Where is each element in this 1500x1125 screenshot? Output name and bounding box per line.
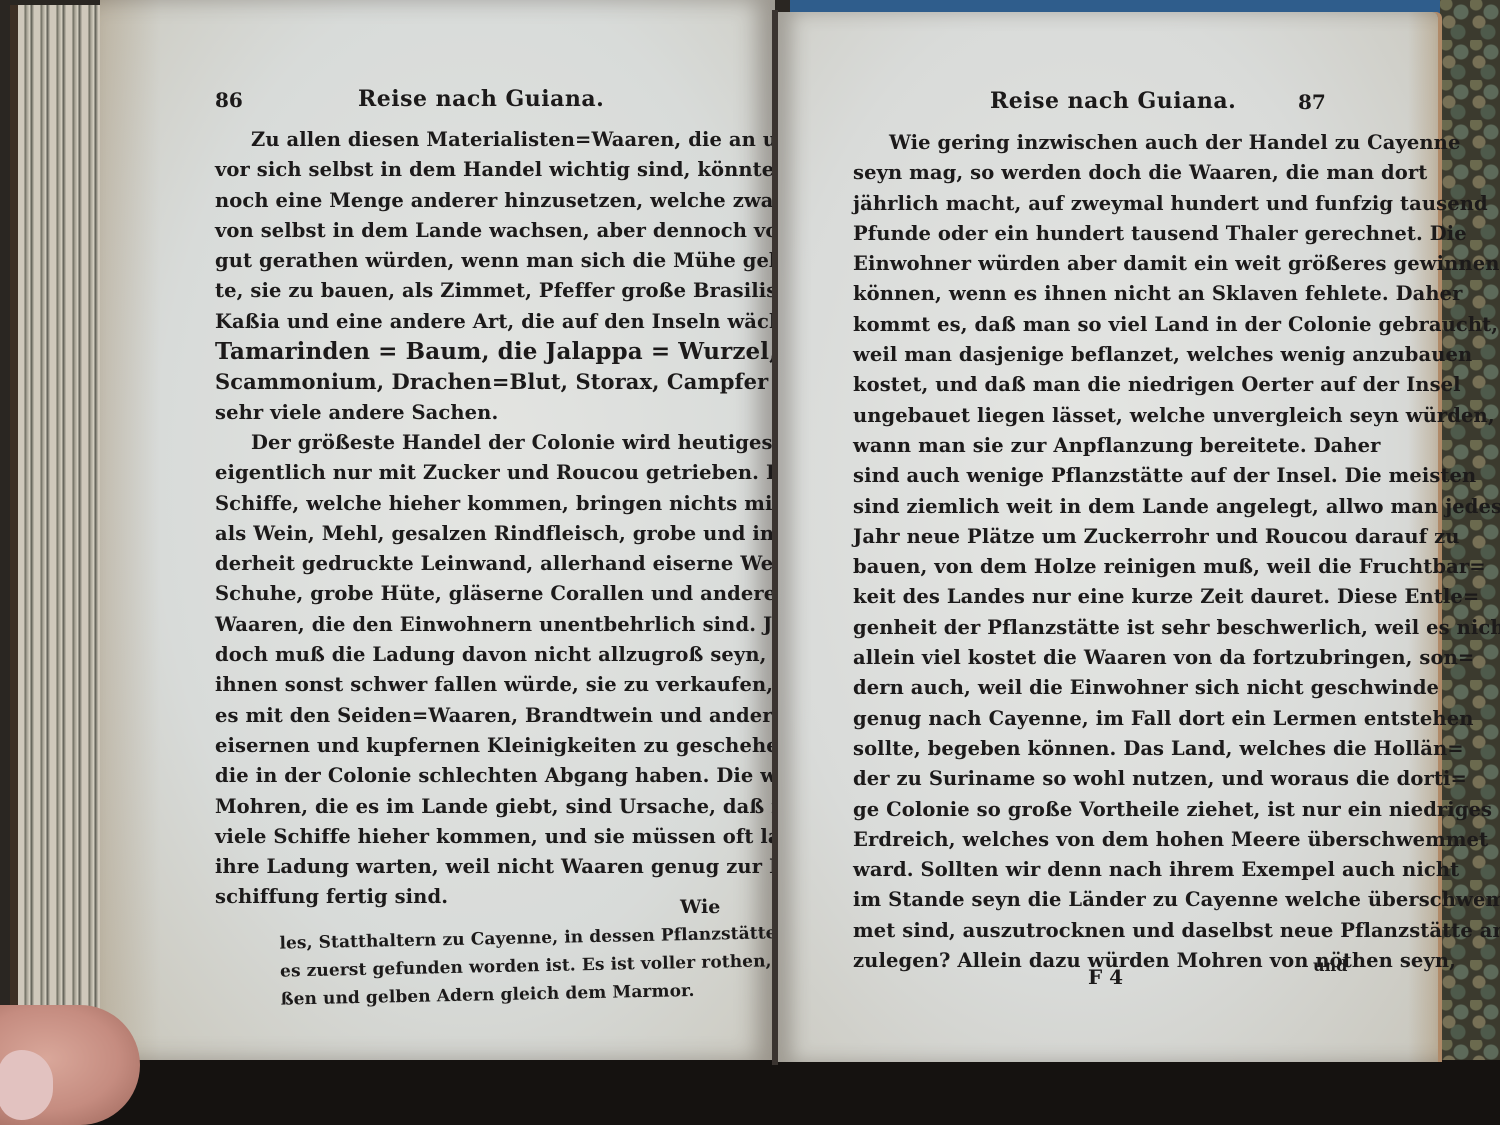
text-line: die in der Colonie schlechten Abgang hab… [215, 761, 715, 791]
text-line: sehr viele andere Sachen. [215, 398, 715, 428]
running-head: Reise nach Guiana. [990, 88, 1236, 114]
text-line: es mit den Seiden=Waaren, Brandtwein und… [215, 701, 715, 731]
text-line: kommt es, daß man so viel Land in der Co… [853, 310, 1341, 340]
text-line: sollte, begeben können. Das Land, welche… [853, 734, 1341, 764]
text-line: Mohren, die es im Lande giebt, sind Ursa… [215, 792, 715, 822]
text-line: dern auch, weil die Einwohner sich nicht… [853, 673, 1341, 703]
catchword: und [1313, 956, 1347, 975]
text-line: genug nach Cayenne, im Fall dort ein Ler… [853, 704, 1341, 734]
text-line: Zu allen diesen Materialisten=Waaren, di… [215, 125, 715, 155]
text-line: sind ziemlich weit in dem Lande angelegt… [853, 492, 1341, 522]
text-line: Jahr neue Plätze um Zuckerrohr und Rouco… [853, 522, 1341, 552]
text-line: Erdreich, welches von dem hohen Meere üb… [853, 825, 1341, 855]
text-line: eisernen und kupfernen Kleinigkeiten zu … [215, 731, 715, 761]
text-line: von selbst in dem Lande wachsen, aber de… [215, 216, 715, 246]
text-line: weil man dasjenige beflanzet, welches we… [853, 340, 1341, 370]
signature-mark: F 4 [1088, 965, 1123, 989]
text-line: Schiffe, welche hieher kommen, bringen n… [215, 489, 715, 519]
text-line: ge Colonie so große Vortheile ziehet, is… [853, 795, 1341, 825]
left-page: 86 Reise nach Guiana. Zu allen diesen Ma… [100, 0, 775, 1060]
text-line: eigentlich nur mit Zucker und Roucou get… [215, 458, 715, 488]
text-line: derheit gedruckte Leinwand, allerhand ei… [215, 549, 715, 579]
text-line: können, wenn es ihnen nicht an Sklaven f… [853, 279, 1341, 309]
body-text: Wie gering inzwischen auch der Handel zu… [853, 128, 1341, 976]
text-line: sind auch wenige Pflanzstätte auf der In… [853, 461, 1341, 491]
text-line: bauen, von dem Holze reinigen muß, weil … [853, 552, 1341, 582]
text-line: genheit der Pflanzstätte ist sehr beschw… [853, 613, 1341, 643]
text-line: allein viel kostet die Waaren von da for… [853, 643, 1341, 673]
page-number: 87 [1298, 90, 1326, 114]
dark-surface [0, 1060, 1500, 1125]
left-page-stack-edges [10, 5, 113, 1025]
footnote: les, Statthaltern zu Cayenne, in dessen … [279, 920, 721, 1013]
body-text: Zu allen diesen Materialisten=Waaren, di… [215, 125, 715, 913]
text-line: Einwohner würden aber damit ein weit grö… [853, 249, 1341, 279]
text-line: vor sich selbst in dem Handel wichtig si… [215, 155, 715, 185]
text-line: ungebauet liegen lässet, welche unvergle… [853, 401, 1341, 431]
catchword: Wie [680, 896, 720, 918]
text-line: seyn mag, so werden doch die Waaren, die… [853, 158, 1341, 188]
text-line: noch eine Menge anderer hinzusetzen, wel… [215, 186, 715, 216]
text-line: Scammonium, Drachen=Blut, Storax, Campfe… [215, 367, 715, 397]
text-line: Schuhe, grobe Hüte, gläserne Corallen un… [215, 579, 715, 609]
right-page: Reise nach Guiana. 87 Wie gering inzwisc… [778, 12, 1438, 1062]
text-line: gut gerathen würden, wenn man sich die M… [215, 246, 715, 276]
thumb [0, 1005, 140, 1125]
text-line: im Stande seyn die Länder zu Cayenne wel… [853, 885, 1341, 915]
text-line: wann man sie zur Anpflanzung bereitete. … [853, 431, 1341, 461]
text-line: ward. Sollten wir denn nach ihrem Exempe… [853, 855, 1341, 885]
text-line: jährlich macht, auf zweymal hundert und … [853, 189, 1341, 219]
text-line: keit des Landes nur eine kurze Zeit daur… [853, 582, 1341, 612]
text-line: schiffung fertig sind. [215, 882, 715, 912]
text-line: viele Schiffe hieher kommen, und sie müs… [215, 822, 715, 852]
text-line: doch muß die Ladung davon nicht allzugro… [215, 640, 715, 670]
text-line: met sind, auszutrocknen und daselbst neu… [853, 916, 1341, 946]
running-head: Reise nach Guiana. [358, 86, 604, 112]
text-line: Pfunde oder ein hundert tausend Thaler g… [853, 219, 1341, 249]
text-line: kostet, und daß man die niedrigen Oerter… [853, 370, 1341, 400]
text-line: ihre Ladung warten, weil nicht Waaren ge… [215, 852, 715, 882]
thumbnail-nail [0, 1050, 53, 1120]
text-line: Waaren, die den Einwohnern unentbehrlich… [215, 610, 715, 640]
text-line: als Wein, Mehl, gesalzen Rindfleisch, gr… [215, 519, 715, 549]
page-number: 86 [215, 88, 243, 112]
text-line: der zu Suriname so wohl nutzen, und wora… [853, 764, 1341, 794]
text-line: Der größeste Handel der Colonie wird heu… [215, 428, 715, 458]
text-line: Kaßia und eine andere Art, die auf den I… [215, 307, 715, 337]
text-line: Tamarinden = Baum, die Jalappa = Wurzel, [215, 337, 715, 367]
text-line: Wie gering inzwischen auch der Handel zu… [853, 128, 1341, 158]
text-line: te, sie zu bauen, als Zimmet, Pfeffer gr… [215, 276, 715, 306]
text-line: ihnen sonst schwer fallen würde, sie zu … [215, 670, 715, 700]
